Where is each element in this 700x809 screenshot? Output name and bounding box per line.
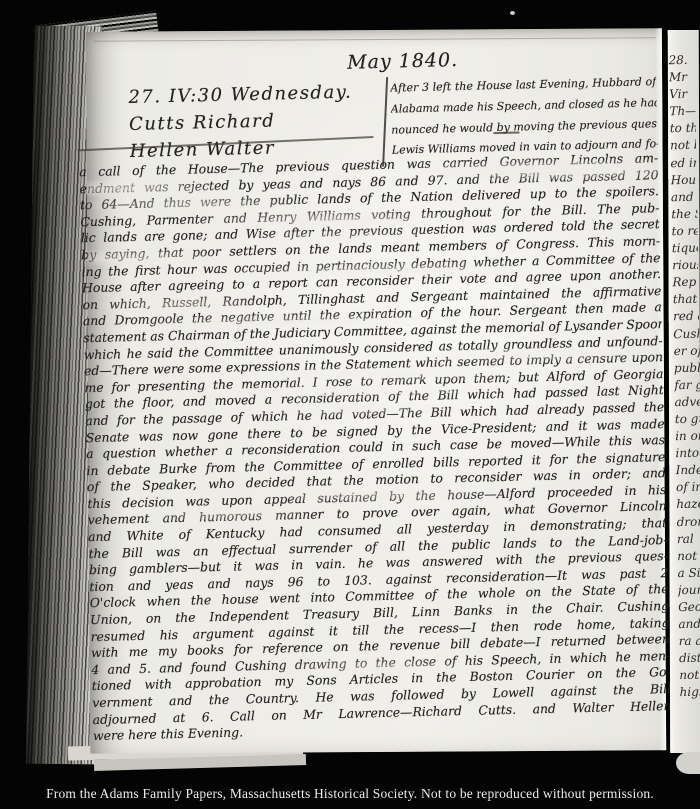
sliver-fragment: ra an [679, 633, 700, 651]
page-title: May 1840. [327, 49, 477, 75]
sliver-fragment: Rep [672, 274, 698, 292]
sliver-fragment: Cush [673, 325, 699, 343]
sliver-fragment: distin [679, 650, 700, 668]
sliver-fragment: to rec [671, 223, 697, 241]
sliver-fragment: red a [673, 308, 699, 326]
next-page-text-fragments: 28.MrVirTh—to thnot bed inHouand pthe So… [668, 30, 700, 702]
sliver-fragment: Vir [669, 86, 695, 104]
sliver-fragment: ral [677, 530, 700, 548]
sliver-fragment: of in [676, 479, 700, 497]
sliver-fragment: Hou [671, 171, 697, 189]
sliver-fragment: haze [676, 496, 700, 514]
sliver-fragment: ed in [670, 154, 696, 172]
sliver-fragment: adve [674, 394, 700, 412]
sliver-fragment: that o [673, 291, 699, 309]
sliver-fragment: Georg [678, 599, 700, 617]
archive-caption: From the Adams Family Papers, Massachuse… [0, 786, 700, 802]
sliver-fragment: to th [670, 120, 696, 138]
sliver-fragment: Inde [676, 462, 700, 480]
page-corner-below [676, 752, 700, 774]
sliver-fragment: far gu [674, 377, 700, 395]
sliver-fragment: to gus [675, 411, 700, 429]
manuscript-page: May 1840. 27. IV:30 Wednesday.Cutts Rich… [86, 28, 666, 754]
sliver-fragment: 28. [668, 52, 694, 70]
opening-paragraph: After 3 left the House last Evening, Hub… [390, 72, 658, 162]
sliver-fragment: not [677, 547, 700, 565]
sliver-fragment: tique [672, 240, 698, 258]
sliver-fragment: and p [671, 189, 697, 207]
sliver-fragment: publ [674, 359, 700, 377]
handwritten-content: May 1840. 27. IV:30 Wednesday.Cutts Rich… [79, 18, 672, 754]
sliver-fragment: in ord [675, 428, 700, 446]
sliver-fragment: high [679, 684, 700, 702]
sliver-fragment: not b [679, 667, 700, 685]
sliver-fragment: and g [678, 616, 700, 634]
margin-notes: 27. IV:30 Wednesday.Cutts RichardHellen … [128, 78, 392, 165]
sliver-fragment: into C [675, 445, 700, 463]
sliver-fragment: Mr [669, 69, 695, 87]
dust-speck [510, 11, 515, 15]
next-page-sliver: 28.MrVirTh—to thnot bed inHouand pthe So… [668, 30, 700, 753]
photo-frame: May 1840. 27. IV:30 Wednesday.Cutts Rich… [0, 0, 700, 809]
sliver-fragment: er of [674, 342, 700, 360]
sliver-fragment: jour [678, 582, 700, 600]
sliver-fragment: the So [671, 206, 697, 224]
sliver-fragment: rious [672, 257, 698, 275]
sliver-fragment: not b [670, 137, 696, 155]
sliver-fragment: a Sia [677, 565, 700, 583]
sliver-fragment: dron [676, 513, 700, 531]
diary-body: a call of the House—The previous questio… [79, 150, 672, 745]
sliver-fragment: Th— [669, 103, 695, 121]
